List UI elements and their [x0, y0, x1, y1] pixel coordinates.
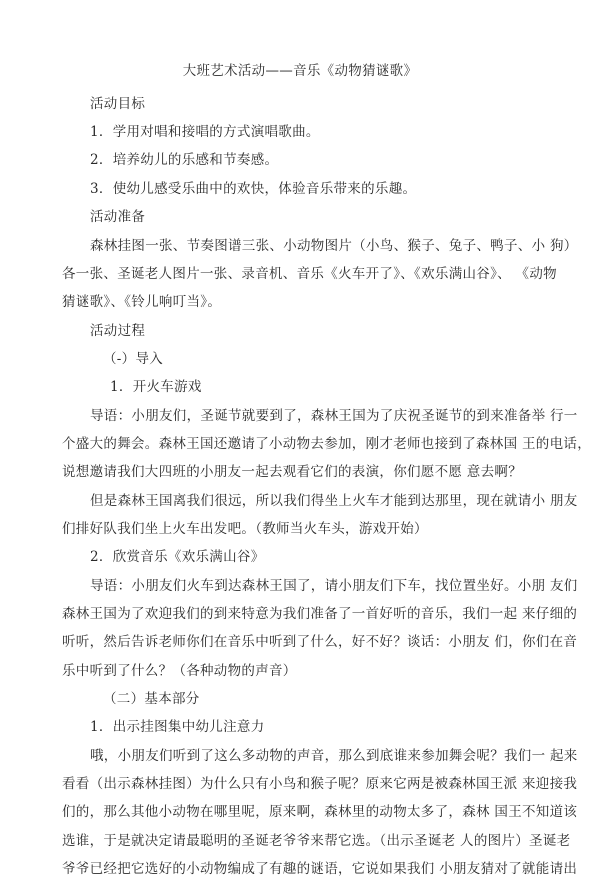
step-heading: 1．开火车游戏 — [110, 378, 202, 396]
paragraph-line: 导语：小朋友们，圣诞节就要到了，森林王国为了庆祝圣诞节的到来准备举 行一 — [90, 407, 538, 425]
paragraph-line: 乐中听到了什么？（各种动物的声音） — [62, 662, 297, 680]
goal-item: 1．学用对唱和接唱的方式演唱歌曲。 — [90, 123, 320, 141]
step-heading: 2．欣赏音乐《欢乐满山谷》 — [90, 548, 265, 566]
section-heading-prep: 活动准备 — [90, 208, 145, 226]
paragraph-line: 们排好队我们坐上火车出发吧。（教师当火车头，游戏开始） — [62, 520, 428, 538]
step-heading: 1．出示挂图集中幼儿注意力 — [90, 718, 265, 736]
paragraph-line: 但是森林王国离我们很远，所以我们得坐上火车才能到达那里，现在就请小 朋友 — [90, 492, 538, 510]
paragraph-line: 爷爷已经把它选好的小动物编成了有趣的谜语，它说如果我们 小朋友猜对了就能请出 — [62, 860, 538, 878]
paragraph-line: 看看（出示森林挂图）为什么只有小鸟和猴子呢？原来它两是被森林国王派 来迎接我 — [62, 775, 538, 793]
subsection-heading-intro: （-）导入 — [103, 350, 163, 368]
paragraph-line: 选谁，于是就决定请最聪明的圣诞老爷爷来帮它选。（出示圣诞老 人的图片）圣诞老 — [62, 832, 538, 850]
prep-text-line: 森林挂图一张、节奏图谱三张、小动物图片（小鸟、猴子、兔子、鸭子、小 狗） — [90, 237, 538, 255]
section-heading-process: 活动过程 — [90, 322, 145, 340]
paragraph-line: 们的，那么其他小动物在哪里呢，原来啊，森林里的动物太多了，森林 国王不知道该 — [62, 803, 538, 821]
paragraph-line: 听听，然后告诉老师你们在音乐中听到了什么，好不好？谈话：小朋友 们，你们在音 — [62, 633, 538, 651]
document-title: 大班艺术活动——音乐《动物猜谜歌》 — [0, 62, 600, 80]
document-page: 大班艺术活动——音乐《动物猜谜歌》 活动目标 1．学用对唱和接唱的方式演唱歌曲。… — [0, 0, 600, 880]
goal-item: 3．使幼儿感受乐曲中的欢快，体验音乐带来的乐趣。 — [90, 180, 416, 198]
paragraph-line: 森林王国为了欢迎我们的到来特意为我们准备了一首好听的音乐，我们一起 来仔细的 — [62, 605, 538, 623]
paragraph-line: 导语：小朋友们火车到达森林王国了，请小朋友们下车，找位置坐好。小朋 友们 — [90, 577, 538, 595]
paragraph-line: 个盛大的舞会。森林王国还邀请了小动物去参加，刚才老师也接到了森林国 王的电话， — [62, 435, 538, 453]
section-heading-goals: 活动目标 — [90, 95, 145, 113]
prep-text-line: 各一张、圣诞老人图片一张、录音机、音乐《火车开了》、《欢乐满山谷》、 《动物 — [62, 265, 538, 283]
paragraph-line: 说想邀请我们大四班的小朋友一起去观看它们的表演，你们愿不愿 意去啊？ — [62, 463, 522, 481]
paragraph-line: 哦，小朋友们听到了这么多动物的声音，那么到底谁来参加舞会呢？我们一 起来 — [90, 747, 538, 765]
subsection-heading-main: （二）基本部分 — [103, 690, 200, 708]
prep-text-line: 猜谜歌》、《铃儿响叮当》。 — [62, 293, 221, 311]
goal-item: 2．培养幼儿的乐感和节奏感。 — [90, 151, 278, 169]
